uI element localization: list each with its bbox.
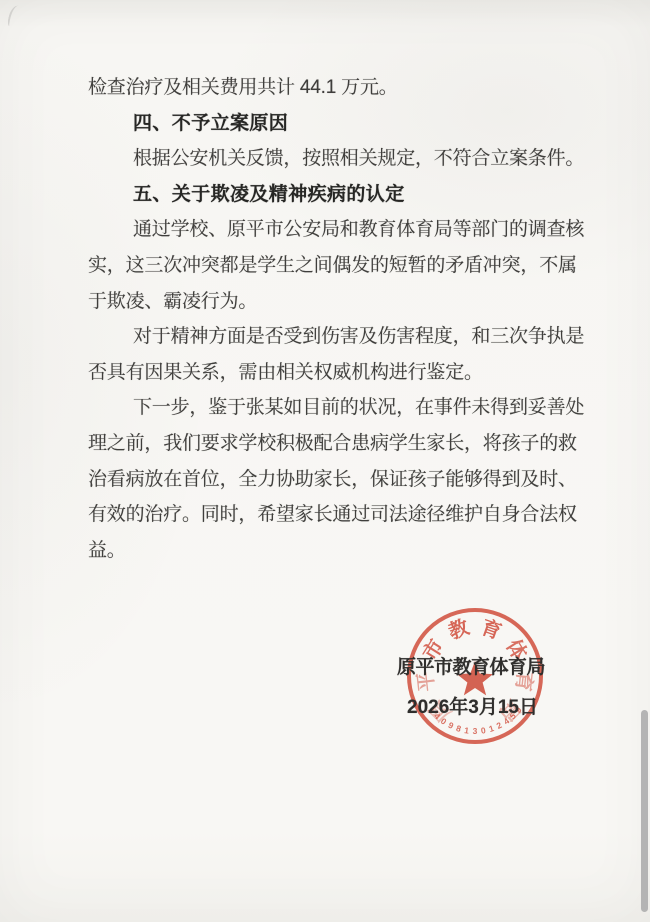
pen-mark xyxy=(6,4,21,28)
document-line: 有效的治疗。同时，希望家长通过司法途径维护自身合法权 xyxy=(88,497,604,533)
document-heading: 四、不予立案原因 xyxy=(88,106,604,142)
document-line: 治看病放在首位，全力协助家长，保证孩子能够得到及时、 xyxy=(88,462,604,498)
document-body: 检查治疗及相关费用共计 44.1 万元。四、不予立案原因根据公安机关反馈，按照相… xyxy=(88,70,604,568)
scrollbar-thumb[interactable] xyxy=(641,710,648,912)
svg-text:0: 0 xyxy=(480,725,486,736)
svg-text:1: 1 xyxy=(488,723,496,734)
document-line: 通过学校、原平市公安局和教育体育局等部门的调查核 xyxy=(88,212,604,248)
svg-text:育: 育 xyxy=(478,615,505,644)
svg-text:9: 9 xyxy=(447,720,456,731)
svg-text:8: 8 xyxy=(455,723,463,734)
document-line: 实，这三次冲突都是学生之间偶发的短暂的矛盾冲突，不属 xyxy=(88,248,604,284)
document-line: 对于精神方面是否受到伤害及伤害程度，和三次争执是 xyxy=(88,319,604,355)
document-heading: 五、关于欺凌及精神疾病的认定 xyxy=(88,177,604,213)
document-line: 益。 xyxy=(88,533,604,569)
document-line: 于欺凌、霸凌行为。 xyxy=(88,284,604,320)
document-line: 根据公安机关反馈，按照相关规定，不符合立案条件。 xyxy=(88,141,604,177)
svg-text:教: 教 xyxy=(445,614,473,644)
signature-date: 2026年3月15日 xyxy=(407,692,538,719)
svg-text:3: 3 xyxy=(473,726,478,736)
signature-agency: 原平市教育体育局 xyxy=(397,652,545,679)
svg-text:1: 1 xyxy=(464,725,470,736)
document-line: 检查治疗及相关费用共计 44.1 万元。 xyxy=(88,70,604,106)
document-page: 检查治疗及相关费用共计 44.1 万元。四、不予立案原因根据公安机关反馈，按照相… xyxy=(0,0,650,922)
document-line: 下一步，鉴于张某如目前的状况，在事件未得到妥善处 xyxy=(88,390,604,426)
svg-text:2: 2 xyxy=(495,720,504,731)
document-line: 理之前，我们要求学校积极配合患病学生家长，将孩子的救 xyxy=(88,426,604,462)
document-line: 否具有因果关系，需由相关权威机构进行鉴定。 xyxy=(88,355,604,391)
